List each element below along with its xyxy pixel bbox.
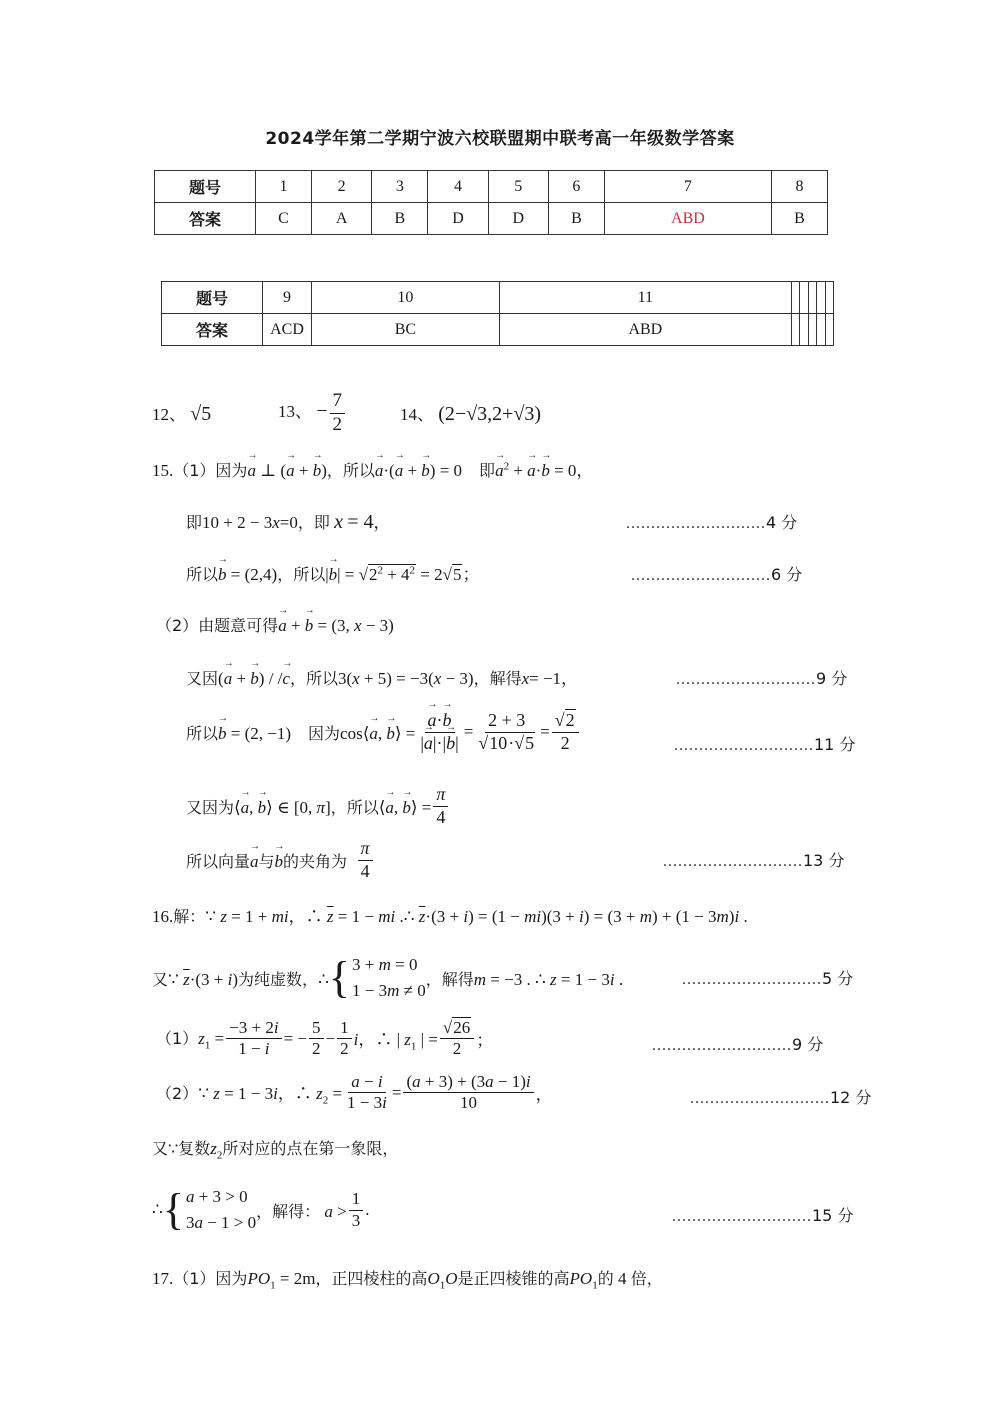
- score-value: 4 分: [766, 513, 797, 532]
- q16-line-6: ∴ {a + 3 > 03a − 1 > 0 ，解得： a > 13 .: [152, 1184, 370, 1237]
- empty-cell: [791, 282, 799, 314]
- answer-cell: D: [488, 203, 548, 235]
- question-number-cell: 9: [263, 282, 312, 314]
- dot-leader: ............................: [674, 737, 814, 754]
- header-cell: 题号: [162, 282, 263, 314]
- q15-line-3: 所以b = (2,4)，所以|b| = √22 + 42 = 2√5；: [186, 560, 479, 585]
- empty-cell: [808, 314, 816, 346]
- score-value: 15 分: [812, 1206, 853, 1225]
- score-value: 11 分: [814, 735, 855, 754]
- answer-cell: BC: [312, 314, 500, 346]
- q15-line-8: 所以向量a与b的夹角为 π4: [186, 838, 375, 882]
- q16-line-3: （1）z1 = −3 + 2i1 − i = − 52 − 12 i，∴ | z…: [156, 1018, 493, 1060]
- answer-label-cell: 答案: [162, 314, 263, 346]
- empty-cell: [791, 314, 799, 346]
- q12-label: 12、: [152, 405, 186, 424]
- score-marker: ............................13 分: [663, 848, 844, 871]
- dot-leader: ............................: [672, 1208, 812, 1225]
- question-number-cell: 8: [771, 171, 827, 203]
- empty-cell: [817, 282, 825, 314]
- score-marker: ............................6 分: [631, 562, 802, 585]
- score-marker: ............................9 分: [652, 1032, 823, 1055]
- dot-leader: ............................: [626, 515, 766, 532]
- q16-line-1: 16.解：∵ z = 1 + mi，∴ z = 1 − mi .∴ z·(3 +…: [152, 902, 748, 927]
- q13-label: 13、: [278, 402, 312, 421]
- answer-table-1: 题号 1 2 3 4 5 6 7 8 答案 C A B D D B ABD B: [154, 170, 828, 235]
- answer-cell: B: [771, 203, 827, 235]
- q15-line-5: 又因(a + b) / /c，所以3(x + 5) = −3(x − 3)，解得…: [186, 664, 578, 689]
- answer-label-cell: 答案: [155, 203, 256, 235]
- q16-line-2: 又∵ z·(3 + i)为纯虚数，∴ {3 + m = 01 − 3m ≠ 0 …: [152, 952, 623, 1005]
- answer-cell: B: [548, 203, 604, 235]
- table-row-answers: 答案 ACD BC ABD: [162, 314, 834, 346]
- dot-leader: ............................: [676, 671, 816, 688]
- page-title: 2024学年第二学期宁波六校联盟期中联考高一年级数学答案: [0, 124, 1000, 149]
- table-row-numbers: 题号 1 2 3 4 5 6 7 8: [155, 171, 828, 203]
- score-marker: ............................12 分: [690, 1085, 871, 1108]
- dot-leader: ............................: [652, 1037, 792, 1054]
- question-number-cell: 6: [548, 171, 604, 203]
- dot-leader: ............................: [682, 971, 822, 988]
- q14-label: 14、: [400, 405, 434, 424]
- score-value: 6 分: [771, 565, 802, 584]
- score-value: 5 分: [822, 969, 853, 988]
- answer-table-2: 题号 9 10 11 答案 ACD BC ABD: [161, 281, 834, 346]
- answer-q14: 14、 (2−√3,2+√3): [400, 400, 541, 426]
- score-value: 9 分: [816, 669, 847, 688]
- q17-line-1: 17.（1）因为PO1 = 2m，正四棱柱的高O1O是正四棱锥的高PO1的 4 …: [152, 1266, 663, 1291]
- question-number-cell: 2: [312, 171, 372, 203]
- answer-q13: 13、 − 7 2: [278, 390, 347, 437]
- dot-leader: ............................: [631, 567, 771, 584]
- score-marker: ............................9 分: [676, 666, 847, 689]
- score-marker: ............................4 分: [626, 510, 797, 533]
- q15-line-4: （2）由题意可得a + b = (3, x − 3): [156, 613, 394, 636]
- score-value: 12 分: [830, 1088, 871, 1107]
- question-number-cell: 4: [428, 171, 488, 203]
- question-number-cell: 7: [604, 171, 771, 203]
- q15-line-6: 所以b = (2, −1) 因为cos⟨a, b⟩ = a·b|a|·|b| =…: [186, 710, 581, 754]
- dot-leader: ............................: [690, 1090, 830, 1107]
- answer-cell: ACD: [263, 314, 312, 346]
- empty-cell: [825, 282, 833, 314]
- empty-cell: [817, 314, 825, 346]
- dot-leader: ............................: [663, 853, 803, 870]
- answer-cell: ABD: [499, 314, 791, 346]
- table-row-numbers: 题号 9 10 11: [162, 282, 834, 314]
- q16-line-5: 又∵复数z2所对应的点在第一象限，: [152, 1136, 398, 1161]
- q15-line-2: 即10 + 2 − 3x=0，即 x = 4，: [186, 508, 391, 534]
- question-number-cell: 1: [256, 171, 312, 203]
- question-number-cell: 10: [312, 282, 500, 314]
- q14-value: (2−√3,2+√3): [438, 403, 541, 425]
- q13-denominator: 2: [330, 414, 346, 437]
- answer-cell: B: [372, 203, 428, 235]
- header-cell: 题号: [155, 171, 256, 203]
- score-marker: ............................15 分: [672, 1203, 853, 1226]
- score-value: 9 分: [792, 1035, 823, 1054]
- empty-cell: [800, 314, 808, 346]
- empty-cell: [825, 314, 833, 346]
- answer-cell: D: [428, 203, 488, 235]
- question-number-cell: 3: [372, 171, 428, 203]
- answer-cell: A: [312, 203, 372, 235]
- q15-line-1: 15.（1）因为a ⊥ (a + b)，所以a·(a + b) = 0 即a2 …: [152, 456, 593, 481]
- q13-numerator: 7: [330, 390, 346, 414]
- table-row-answers: 答案 C A B D D B ABD B: [155, 203, 828, 235]
- score-marker: ............................5 分: [682, 966, 853, 989]
- q15-line-7: 又因为⟨a, b⟩ ∈ [0, π]，所以⟨a, b⟩ = π4: [186, 784, 450, 828]
- empty-cell: [808, 282, 816, 314]
- score-marker: ............................11 分: [674, 732, 855, 755]
- question-number-cell: 11: [499, 282, 791, 314]
- answer-q12: 12、 √5: [152, 400, 211, 426]
- empty-cell: [800, 282, 808, 314]
- answer-cell: C: [256, 203, 312, 235]
- question-number-cell: 5: [488, 171, 548, 203]
- q12-value: √5: [190, 403, 211, 425]
- score-value: 13 分: [803, 851, 844, 870]
- q16-line-4: （2）∵ z = 1 − 3i，∴ z2 = a − i1 − 3i = (a …: [156, 1072, 553, 1114]
- answer-cell-highlighted: ABD: [604, 203, 771, 235]
